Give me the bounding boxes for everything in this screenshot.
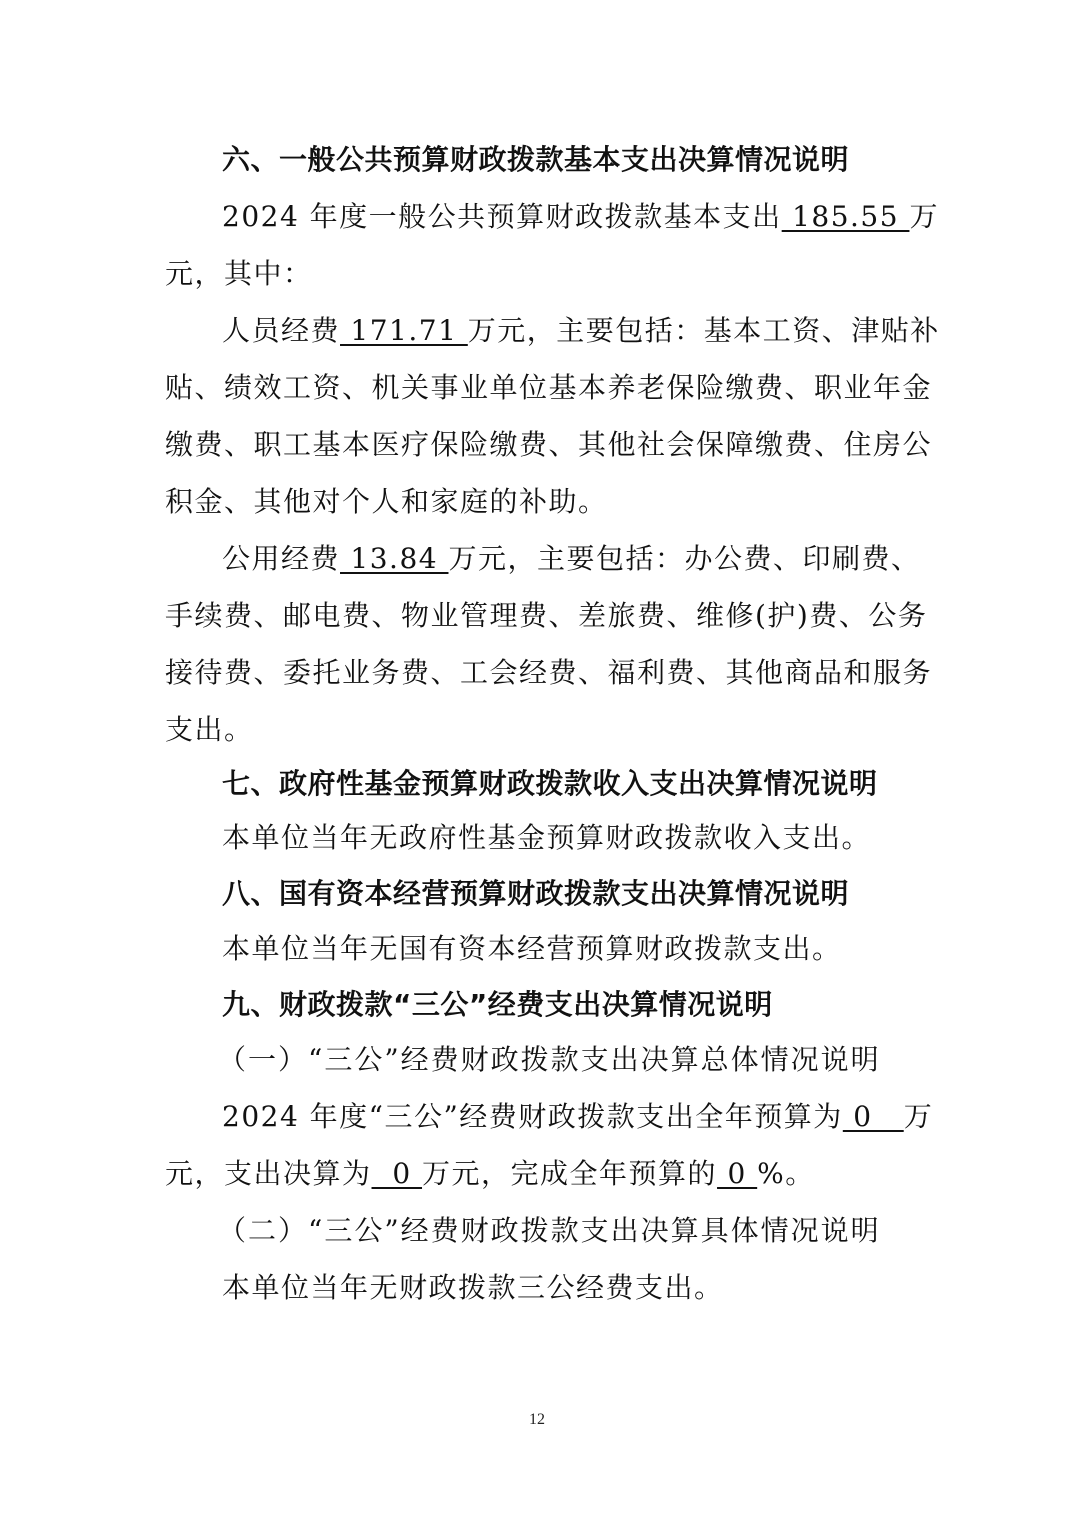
subsection-heading-2: （二）“三公”经费财政拨款支出决算具体情况说明: [218, 1211, 968, 1251]
paragraph-line: 贴、绩效工资、机关事业单位基本养老保险缴费、职业年金: [165, 368, 915, 408]
personnel-expense-value: 171.71: [340, 314, 468, 347]
three-public-percent-value: 0: [717, 1157, 757, 1190]
section-7-text: 本单位当年无政府性基金预算财政拨款收入支出。: [222, 818, 972, 858]
public-expense-line: 公用经费 13.84 万元，主要包括：办公费、印刷费、: [222, 539, 972, 579]
section-heading-6: 六、一般公共预算财政拨款基本支出决算情况说明: [222, 140, 972, 180]
text: %。: [757, 1157, 815, 1190]
text: 万元，完成全年预算的: [422, 1157, 717, 1190]
three-public-budget-line: 2024 年度“三公”经费财政拨款支出全年预算为 0 万: [222, 1097, 972, 1137]
subsection-2-text: 本单位当年无财政拨款三公经费支出。: [222, 1268, 972, 1308]
document-page: 六、一般公共预算财政拨款基本支出决算情况说明 2024 年度一般公共预算财政拨款…: [0, 0, 1074, 1520]
three-public-actual-line: 元，支出决算为 0 万元，完成全年预算的 0 %。: [165, 1154, 915, 1194]
text: 人员经费: [222, 314, 340, 347]
paragraph-line: 支出。: [165, 710, 915, 750]
paragraph-line: 手续费、邮电费、物业管理费、差旅费、维修(护)费、公务: [165, 596, 915, 636]
paragraph-line: 缴费、职工基本医疗保险缴费、其他社会保障缴费、住房公: [165, 425, 915, 465]
section-heading-9: 九、财政拨款“三公”经费支出决算情况说明: [222, 985, 972, 1025]
three-public-budget-value: 0: [843, 1100, 904, 1133]
paragraph-line: 元，其中：: [165, 254, 915, 294]
text: 万元，主要包括：基本工资、津贴补: [468, 314, 940, 347]
text: 万元，主要包括：办公费、印刷费、: [448, 542, 920, 575]
basic-expenditure-line: 2024 年度一般公共预算财政拨款基本支出 185.55 万: [222, 197, 972, 237]
three-public-actual-value: 0: [372, 1157, 423, 1190]
page-number: 12: [0, 1411, 1074, 1429]
section-8-text: 本单位当年无国有资本经营预算财政拨款支出。: [222, 929, 972, 969]
basic-expenditure-value: 185.55: [782, 200, 910, 233]
paragraph-line: 积金、其他对个人和家庭的补助。: [165, 482, 915, 522]
paragraph-line: 接待费、委托业务费、工会经费、福利费、其他商品和服务: [165, 653, 915, 693]
text: 万: [909, 200, 939, 233]
section-heading-7: 七、政府性基金预算财政拨款收入支出决算情况说明: [222, 764, 972, 804]
text: 万: [904, 1100, 934, 1133]
text: 元，支出决算为: [165, 1157, 372, 1190]
subsection-heading-1: （一）“三公”经费财政拨款支出决算总体情况说明: [218, 1040, 968, 1080]
public-expense-value: 13.84: [340, 542, 448, 575]
text: 2024 年度一般公共预算财政拨款基本支出: [222, 200, 782, 233]
section-heading-8: 八、国有资本经营预算财政拨款支出决算情况说明: [222, 874, 972, 914]
text: 公用经费: [222, 542, 340, 575]
text: 2024 年度“三公”经费财政拨款支出全年预算为: [222, 1100, 843, 1133]
personnel-expense-line: 人员经费 171.71 万元，主要包括：基本工资、津贴补: [222, 311, 972, 351]
